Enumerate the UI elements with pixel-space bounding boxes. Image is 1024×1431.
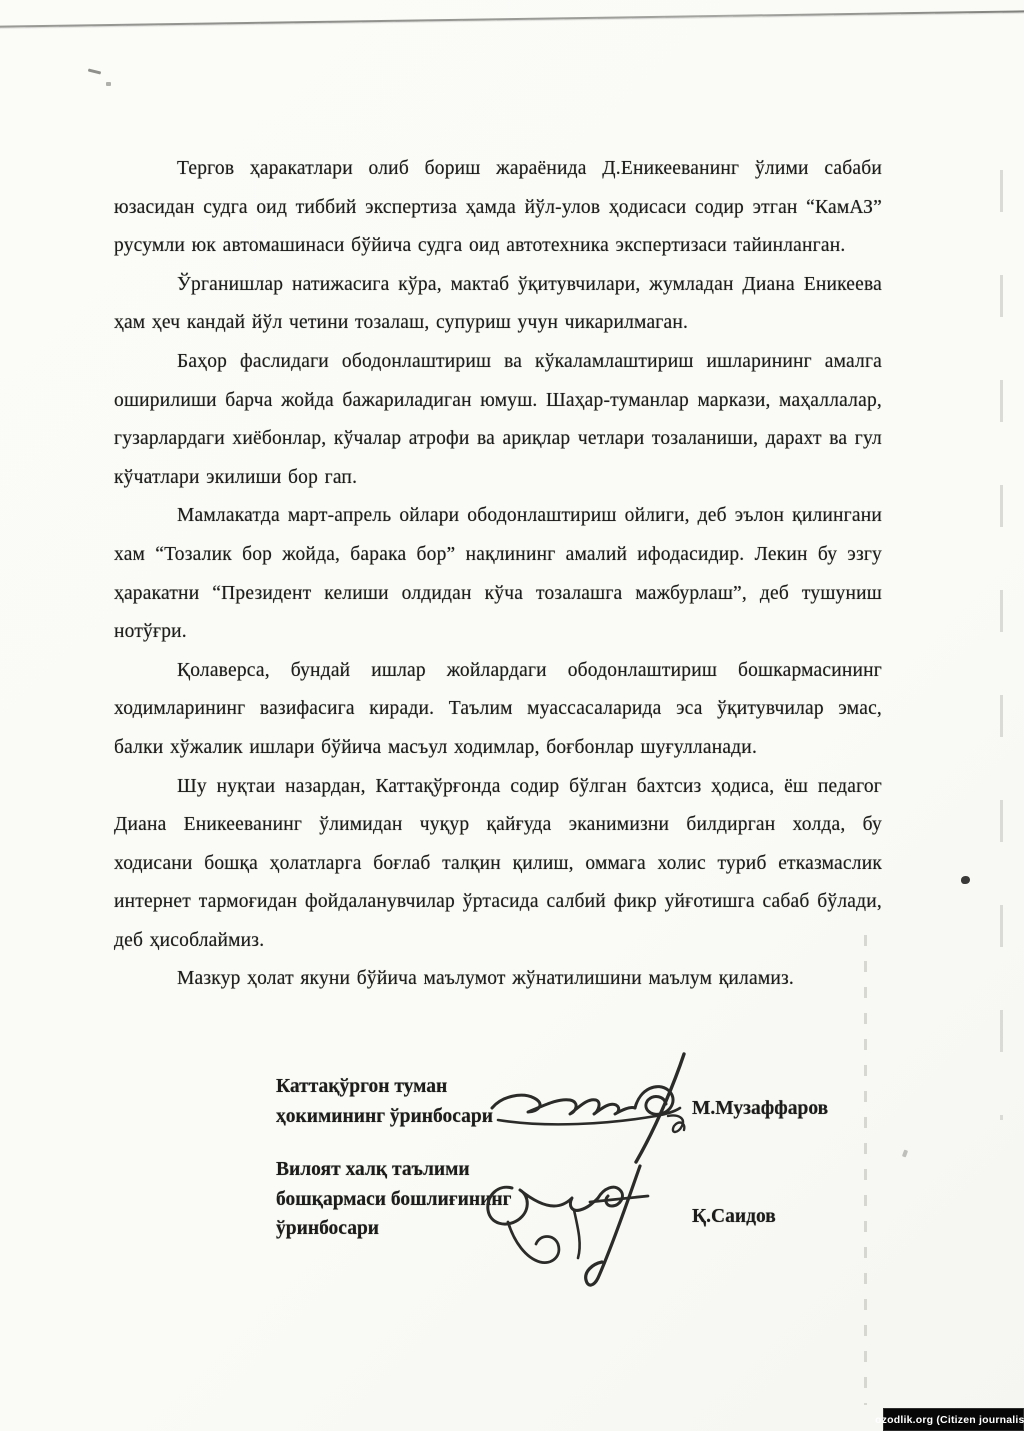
signatory-title-line: ўринбосари bbox=[276, 1214, 511, 1244]
scan-artifact-ink-dot bbox=[961, 876, 970, 884]
signatory-title-line: бошқармаси бошлиғининг bbox=[276, 1185, 511, 1215]
paragraph-responsibilities: Қолаверса, бундай ишлар жойлардаги ободо… bbox=[114, 652, 882, 768]
scan-artifact-vertical-streak bbox=[864, 935, 867, 1405]
signatory-title-line: Каттақўргон туман bbox=[276, 1072, 493, 1102]
signature-saidov bbox=[478, 1158, 678, 1293]
signature-muzaffarov bbox=[488, 1050, 713, 1170]
paragraph-findings: Ўрганишлар натижасига кўра, мактаб ўқиту… bbox=[114, 266, 882, 343]
paragraph-conclusion: Шу нуқтаи назардан, Каттақўрғонда содир … bbox=[114, 768, 882, 961]
scan-artifact-speck bbox=[106, 82, 111, 86]
signatory-title-hokim-deputy: Каттақўргон туман ҳокимининг ўринбосари bbox=[276, 1072, 493, 1131]
scan-artifact-speck bbox=[88, 68, 101, 74]
signatory-name-muzaffarov: М.Музаффаров bbox=[692, 1098, 828, 1120]
signatory-title-line: ҳокимининг ўринбосари bbox=[276, 1102, 493, 1132]
paragraph-investigation: Тергов ҳаракатлари олиб бориш жараёнида … bbox=[114, 150, 882, 266]
watermark-credit: ozodlik.org (Citizen journalist) bbox=[883, 1408, 1024, 1431]
scan-artifact-speck bbox=[902, 1150, 908, 1158]
signatory-title-education-deputy: Вилоят халқ таълими бошқармаси бошлиғини… bbox=[276, 1155, 511, 1244]
paragraph-closing: Мазкур ҳолат якуни бўйича маълумот жўнат… bbox=[114, 960, 882, 999]
letter-body: Тергов ҳаракатлари олиб бориш жараёнида … bbox=[114, 150, 882, 999]
watermark-credit-text: ozodlik.org (Citizen journalist) bbox=[875, 1414, 1024, 1426]
scan-artifact-top-line bbox=[0, 10, 1024, 27]
scanned-letter-page: Тергов ҳаракатлари олиб бориш жараёнида … bbox=[0, 0, 1024, 1431]
signatory-name-saidov: Қ.Саидов bbox=[692, 1206, 776, 1228]
signatory-title-line: Вилоят халқ таълими bbox=[276, 1155, 511, 1185]
paragraph-cleanliness-month: Мамлакатда март-апрель ойлари ободонлашт… bbox=[114, 497, 882, 651]
paragraph-spring-works: Баҳор фаслидаги ободонлаштириш ва кўкала… bbox=[114, 343, 882, 497]
scan-artifact-right-edge-dashes bbox=[1000, 170, 1003, 1120]
